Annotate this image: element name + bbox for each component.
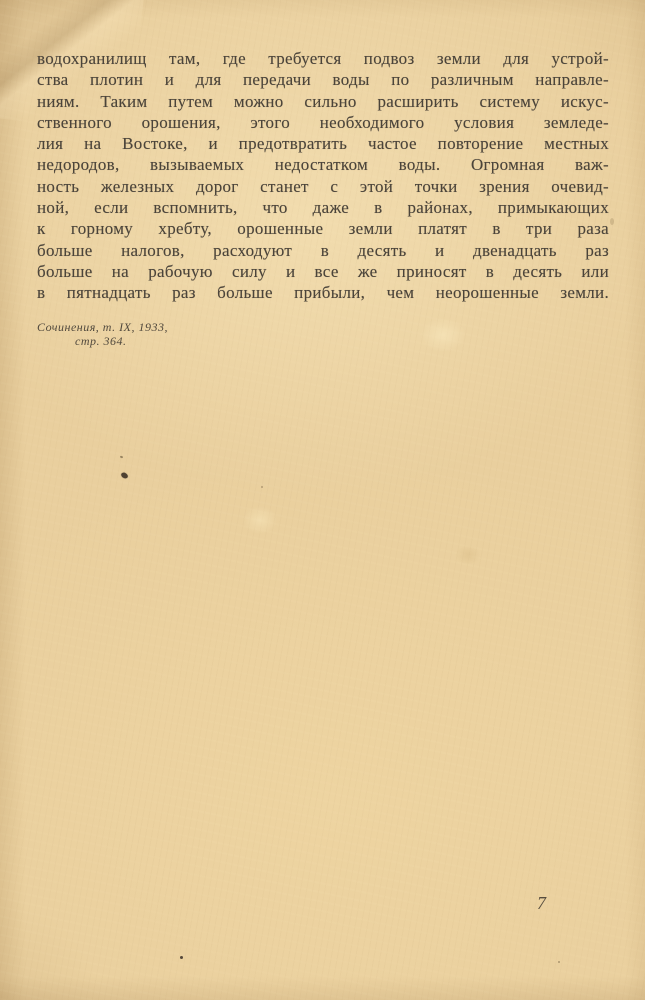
text-line: ниям. Таким путем можно сильно расширить… <box>37 91 609 112</box>
citation-line: Сочинения, т. IX, 1933, <box>37 321 168 335</box>
citation: Сочинения, т. IX, 1933, стр. 364. <box>37 321 168 348</box>
paper-stain <box>455 545 481 565</box>
ink-speck <box>180 956 183 959</box>
ink-speck <box>610 218 614 225</box>
scanned-book-page: водохранилищ там, где требуется подвоз з… <box>0 0 645 1000</box>
text-line: недородов, вызываемых недостатком воды. … <box>37 154 609 175</box>
text-line: ность железных дорог станет с этой точки… <box>37 176 609 197</box>
text-line: ственного орошения, этого необходимого у… <box>37 112 609 133</box>
ink-speck <box>261 486 263 488</box>
body-paragraph: водохранилищ там, где требуется подвоз з… <box>37 48 609 304</box>
citation-line: стр. 364. <box>37 335 168 349</box>
text-line: ной, если вспомнить, что даже в районах,… <box>37 197 609 218</box>
text-line: в пятнадцать раз больше прибыли, чем нео… <box>37 282 609 303</box>
paper-stain <box>420 318 466 352</box>
text-line: больше на рабочую силу и все же приносят… <box>37 261 609 282</box>
ink-speck <box>558 961 560 963</box>
text-line: лия на Востоке, и предотвратить частое п… <box>37 133 609 154</box>
text-line: ства плотин и для передачи воды по разли… <box>37 69 609 90</box>
ink-speck <box>120 472 129 480</box>
text-line: к горному хребту, орошенные земли платят… <box>37 218 609 239</box>
page-number: 7 <box>537 893 546 914</box>
text-line: больше налогов, расходуют в десять и две… <box>37 240 609 261</box>
text-line: водохранилищ там, где требуется подвоз з… <box>37 48 609 69</box>
paper-stain <box>243 506 277 534</box>
ink-speck <box>120 456 124 459</box>
